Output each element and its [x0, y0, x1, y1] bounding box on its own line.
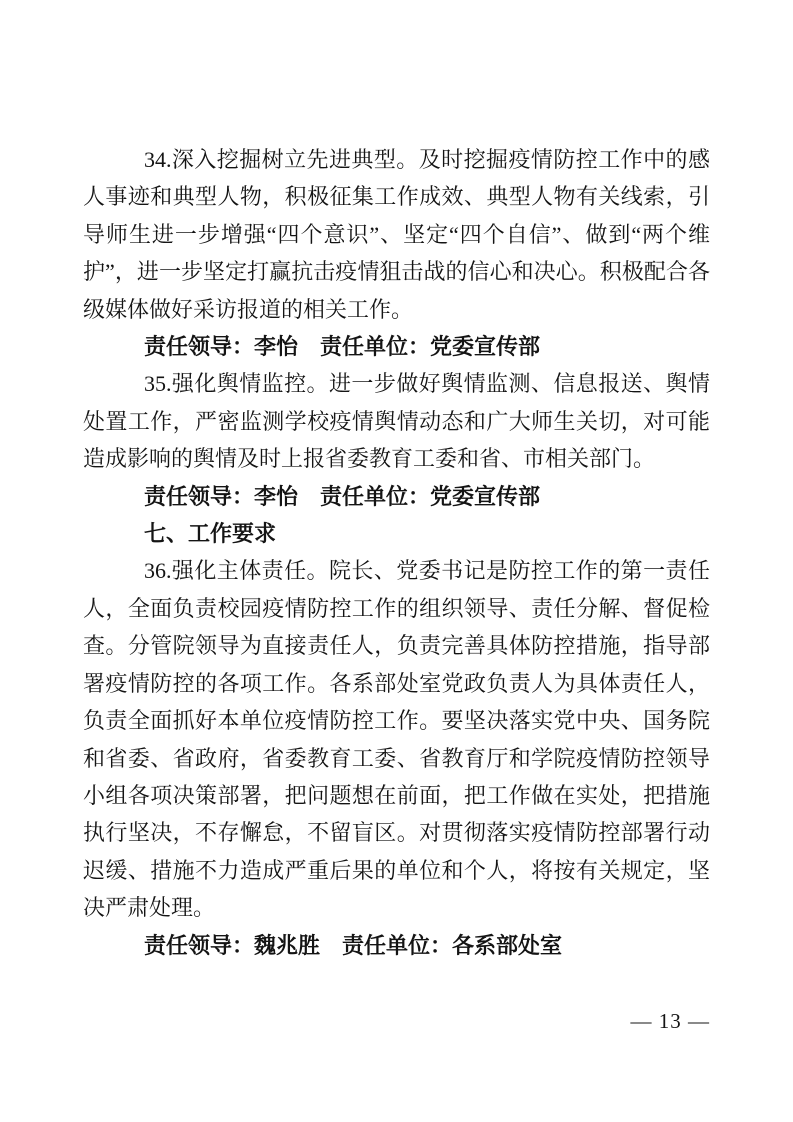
page-number: — 13 —: [631, 1008, 711, 1034]
paragraph-36: 36.强化主体责任。院长、党委书记是防控工作的第一责任人，全面负责校园疫情防控工…: [83, 552, 710, 926]
responsibility-line-35: 责任领导：李怡 责任单位：党委宣传部: [83, 478, 710, 515]
section-heading-work-requirements: 七、工作要求: [83, 515, 710, 552]
document-page: 34.深入挖掘树立先进典型。及时挖掘疫情防控工作中的感人事迹和典型人物，积极征集…: [0, 0, 793, 1122]
responsibility-line-34: 责任领导：李怡 责任单位：党委宣传部: [83, 328, 710, 365]
paragraph-34: 34.深入挖掘树立先进典型。及时挖掘疫情防控工作中的感人事迹和典型人物，积极征集…: [83, 141, 710, 328]
document-body: 34.深入挖掘树立先进典型。及时挖掘疫情防控工作中的感人事迹和典型人物，积极征集…: [83, 141, 710, 964]
responsibility-line-36: 责任领导：魏兆胜 责任单位：各系部处室: [83, 927, 710, 964]
paragraph-35: 35.强化舆情监控。进一步做好舆情监测、信息报送、舆情处置工作，严密监测学校疫情…: [83, 365, 710, 477]
